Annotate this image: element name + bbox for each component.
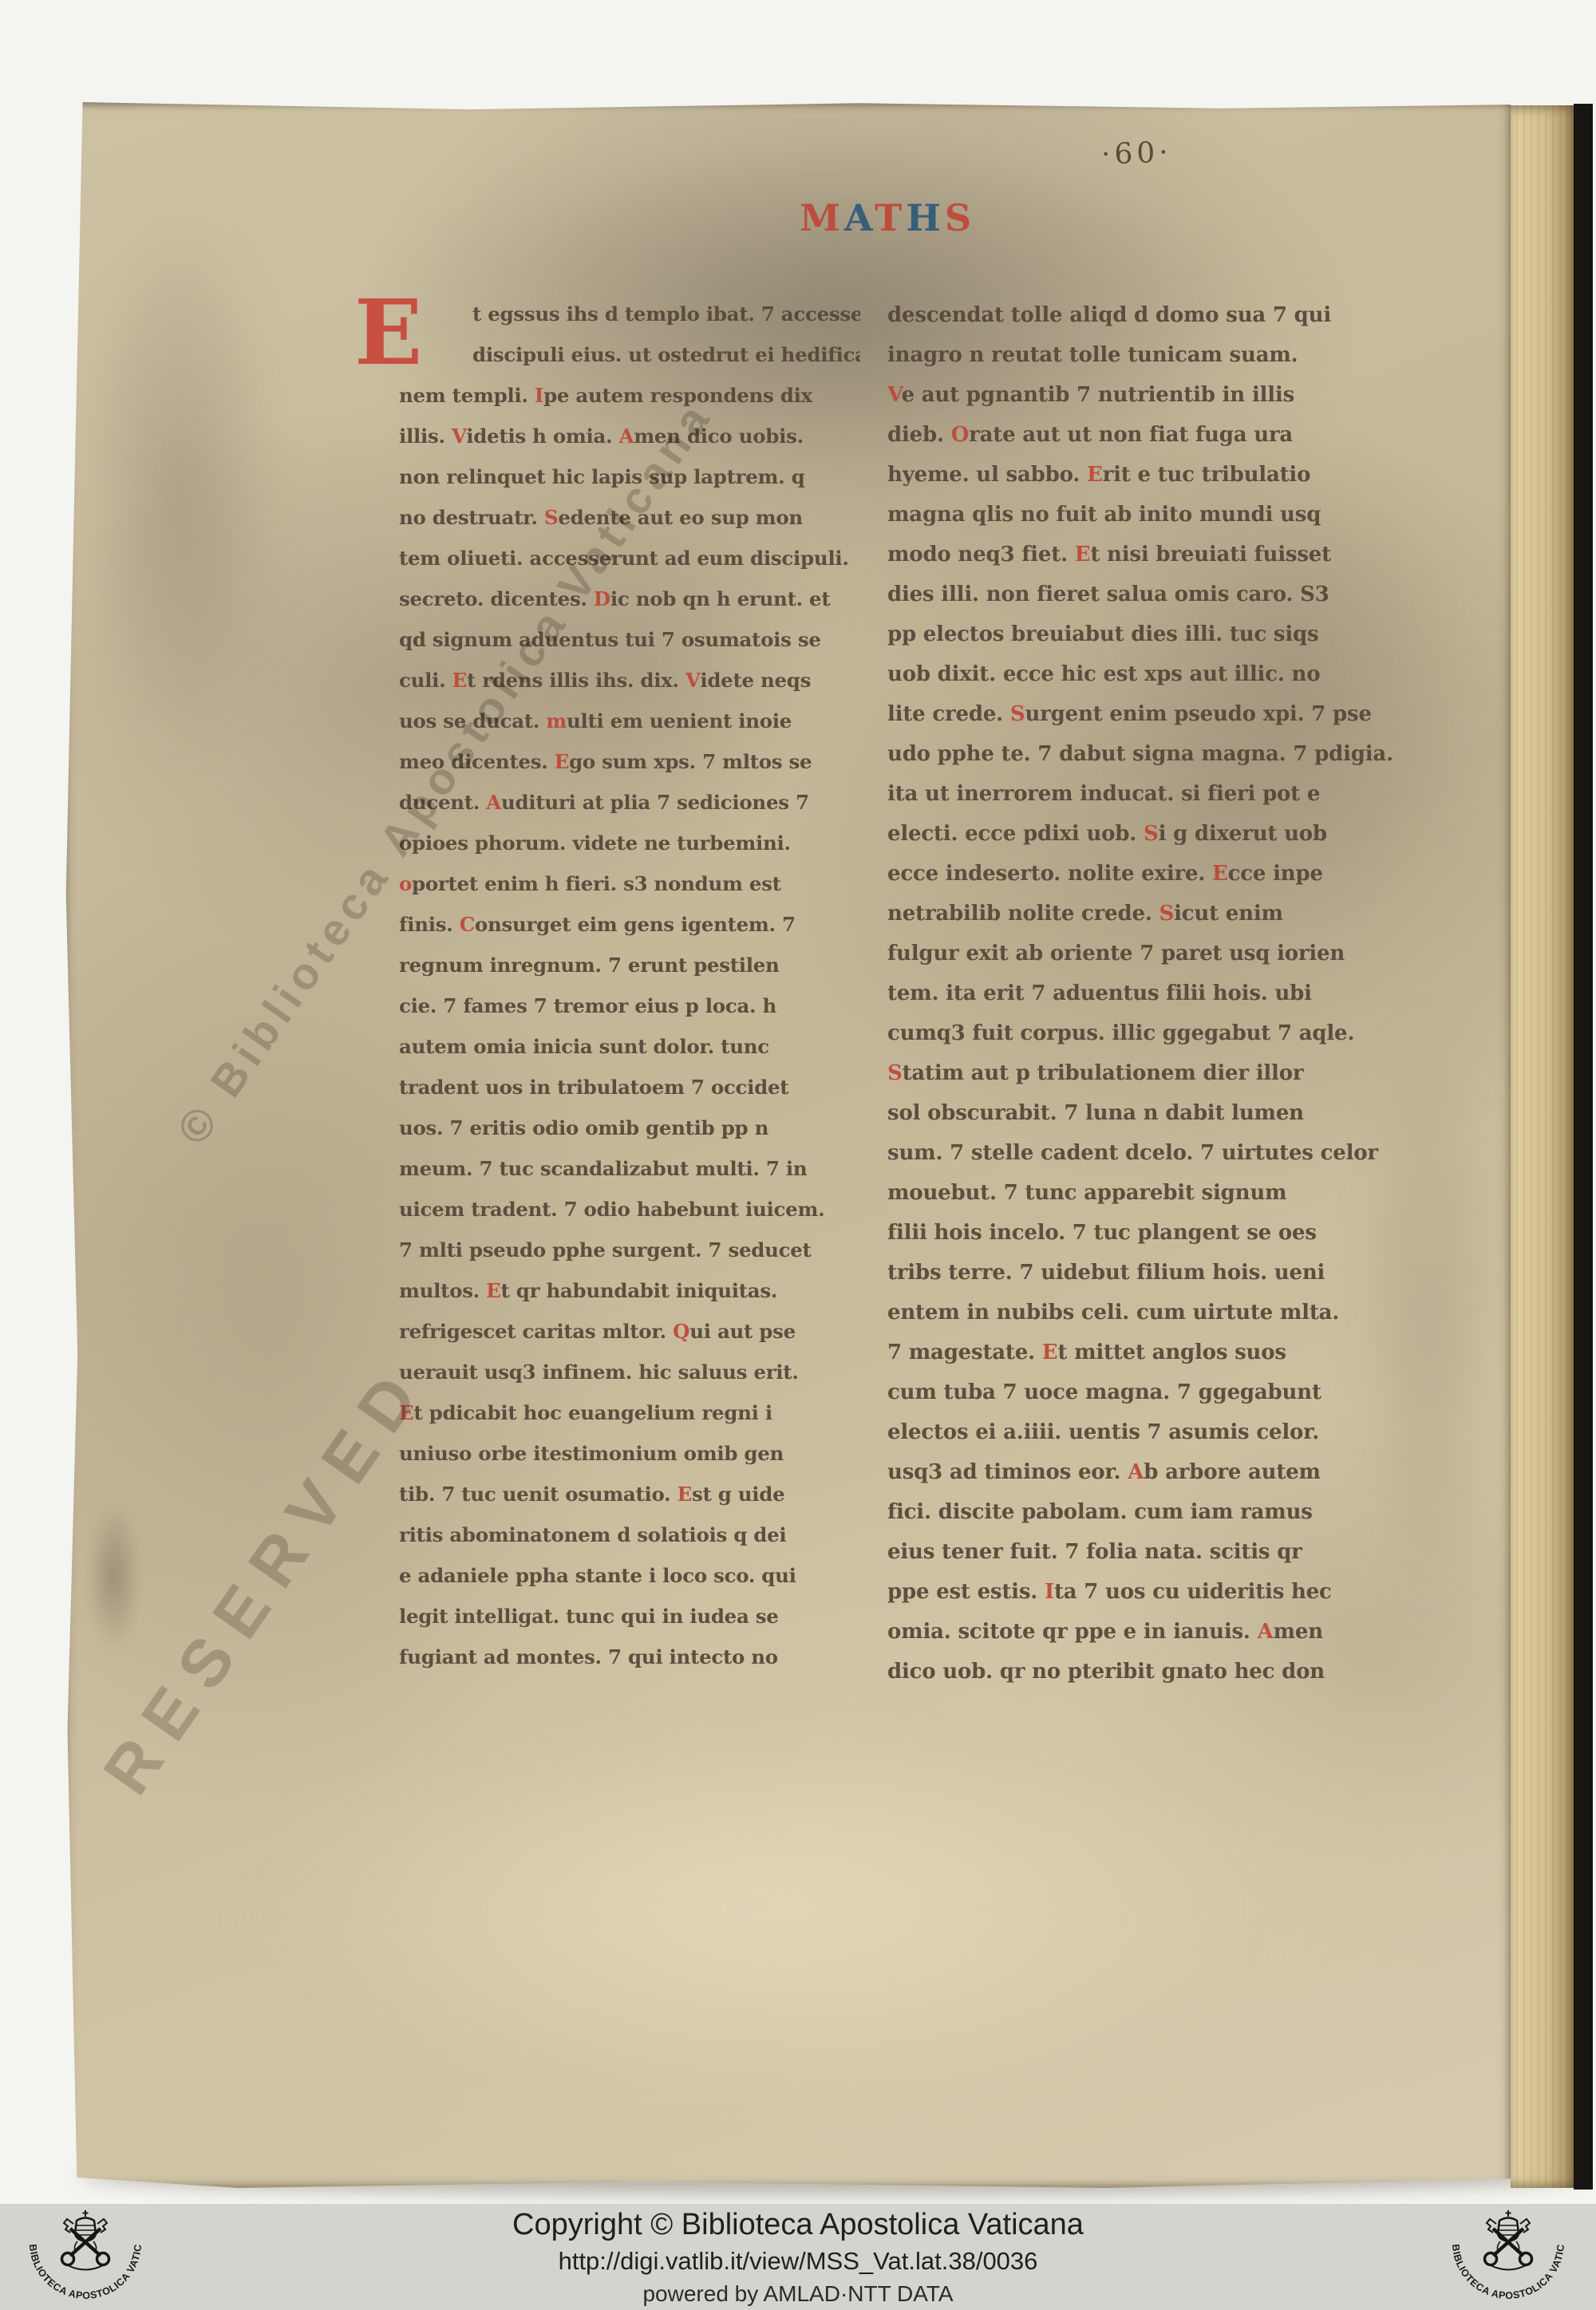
manuscript-line: fici. discite pabolam. cum iam ramus: [887, 1492, 1440, 1532]
manuscript-line: uniuso orbe itestimonium omib gen: [399, 1433, 860, 1474]
stain: [239, 1716, 1277, 2099]
manuscript-line: uerauit usq3 infinem. hic saluus erit.: [399, 1352, 860, 1392]
manuscript-line: tradent uos in tribulatoem 7 occidet: [399, 1067, 860, 1108]
manuscript-line: pp electos breuiabut dies illi. tuc siqs: [887, 614, 1440, 654]
manuscript-line: dico uob. qr no pteribit gnato hec don: [887, 1652, 1440, 1692]
manuscript-line: secreto. dicentes. Dic nob qn h erunt. e…: [399, 578, 860, 619]
manuscript-line: ita ut inerrorem inducat. si fieri pot e: [887, 774, 1440, 814]
binding-gutter: [1574, 104, 1593, 2190]
manuscript-line: discipuli eius. ut ostedrut ei hedificat…: [399, 334, 860, 375]
parchment-page: ·60· MATHS E t egssus ihs d templo ibat.…: [64, 102, 1511, 2188]
manuscript-line: udo pphe te. 7 dabut signa magna. 7 pdig…: [887, 734, 1440, 774]
logo-arc-text: BIBLIOTECA APOSTOLICA VATICANA: [1440, 2206, 1566, 2301]
manuscript-line: hyeme. ul sabbo. Erit e tuc tribulatio: [887, 455, 1440, 495]
manuscript-line: autem omia inicia sunt dolor. tunc: [399, 1026, 860, 1067]
manuscript-line: descendat tolle aliqd d domo sua 7 qui: [887, 295, 1440, 335]
footer-bar: BIBLIOTECA APOSTOLICA VATICANA Copyright…: [0, 2204, 1596, 2310]
manuscript-line: tribs terre. 7 uidebut filium hois. ueni: [887, 1253, 1440, 1293]
manuscript-line: 7 mlti pseudo pphe surgent. 7 seducet: [399, 1230, 860, 1270]
manuscript-line: refrigescet caritas mltor. Qui aut pse: [399, 1311, 860, 1352]
manuscript-line: electos ei a.iiii. uentis 7 asumis celor…: [887, 1412, 1440, 1452]
manuscript-line: eius tener fuit. 7 folia nata. scitis qr: [887, 1532, 1440, 1572]
manuscript-line: legit intelligat. tunc qui in iudea se: [399, 1596, 860, 1637]
manuscript-line: ppe est estis. Ita 7 uos cu uideritis he…: [887, 1572, 1440, 1612]
manuscript-line: netrabilib nolite crede. Sicut enim: [887, 894, 1440, 934]
manuscript-line: tem. ita erit 7 aduentus filii hois. ubi: [887, 973, 1440, 1013]
footer-text: Copyright © Biblioteca Apostolica Vatica…: [0, 2206, 1596, 2308]
stain: [76, 207, 283, 766]
running-title: MATHS: [800, 196, 975, 239]
footer-powered-line: powered by AMLAD·NTT DATA: [0, 2279, 1596, 2308]
page-number: ·60·: [1100, 136, 1172, 171]
manuscript-line: Statim aut p tribulationem dier illor: [887, 1053, 1440, 1093]
manuscript-line: finis. Consurget eim gens igentem. 7: [399, 904, 860, 945]
manuscript-line: inagro n reutat tolle tunicam suam.: [887, 335, 1440, 375]
manuscript-line: electi. ecce pdixi uob. Si g dixerut uob: [887, 814, 1440, 854]
manuscript-line: modo neq3 fiet. Et nisi breuiati fuisset: [887, 535, 1440, 575]
manuscript-line: e adaniele ppha stante i loco sco. qui: [399, 1555, 860, 1596]
manuscript-line: tib. 7 tuc uenit osumatio. Est g uide: [399, 1474, 860, 1514]
manuscript-line: t egssus ihs d templo ibat. 7 accesserut: [399, 294, 860, 334]
manuscript-line: nem templi. Ipe autem respondens dix: [399, 375, 860, 416]
manuscript-line: illis. Videtis h omia. Amen dico uobis.: [399, 416, 860, 456]
manuscript-line: qd signum aduentus tui 7 osumatois se: [399, 619, 860, 660]
manuscript-line: multos. Et qr habundabit iniquitas.: [399, 1270, 860, 1311]
stain: [86, 1500, 142, 1652]
vatican-logo-right: BIBLIOTECA APOSTOLICA VATICANA: [1440, 2206, 1576, 2306]
manuscript-line: fugiant ad montes. 7 qui intecto no: [399, 1637, 860, 1677]
manuscript-line: sol obscurabit. 7 luna n dabit lumen: [887, 1093, 1440, 1133]
manuscript-line: dieb. Orate aut ut non fiat fuga ura: [887, 415, 1440, 455]
crossed-keys-tiara-icon: [1485, 2210, 1532, 2270]
manuscript-line: mouebut. 7 tunc apparebit signum: [887, 1173, 1440, 1213]
manuscript-line: cumq3 fuit corpus. illic ggegabut 7 aqle…: [887, 1013, 1440, 1053]
manuscript-line: opioes phorum. videte ne turbemini.: [399, 823, 860, 863]
manuscript-line: fulgur exit ab oriente 7 paret usq iorie…: [887, 934, 1440, 973]
manuscript-line: ducent. Audituri at plia 7 sediciones 7: [399, 782, 860, 823]
facing-folio-edge: [1511, 105, 1574, 2188]
manuscript-line: cum tuba 7 uoce magna. 7 ggegabunt: [887, 1372, 1440, 1412]
manuscript-line: meum. 7 tuc scandalizabut multi. 7 in: [399, 1148, 860, 1189]
manuscript-line: entem in nubibs celi. cum uirtute mlta.: [887, 1293, 1440, 1333]
manuscript-line: lite crede. Surgent enim pseudo xpi. 7 p…: [887, 694, 1440, 734]
manuscript-line: omia. scitote qr ppe e in ianuis. Amen: [887, 1612, 1440, 1652]
manuscript-line: ritis abominatonem d solatiois q dei: [399, 1514, 860, 1555]
manuscript-line: oportet enim h fieri. s3 nondum est: [399, 863, 860, 904]
manuscript-line: filii hois incelo. 7 tuc plangent se oes: [887, 1213, 1440, 1253]
manuscript-line: sum. 7 stelle cadent dcelo. 7 uirtutes c…: [887, 1133, 1440, 1173]
manuscript-line: uos. 7 eritis odio omib gentib pp n: [399, 1108, 860, 1148]
footer-copyright-line: Copyright © Biblioteca Apostolica Vatica…: [0, 2206, 1596, 2244]
manuscript-line: uicem tradent. 7 odio habebunt iuicem.: [399, 1189, 860, 1230]
manuscript-line: regnum inregnum. 7 erunt pestilen: [399, 945, 860, 985]
manuscript-line: dies illi. non fieret salua omis caro. S…: [887, 575, 1440, 614]
manuscript-line: ecce indeserto. nolite exire. Ecce inpe: [887, 854, 1440, 894]
manuscript-line: Et pdicabit hoc euangelium regni i: [399, 1392, 860, 1433]
manuscript-line: uob dixit. ecce hic est xps aut illic. n…: [887, 654, 1440, 694]
manuscript-line: usq3 ad timinos eor. Ab arbore autem: [887, 1452, 1440, 1492]
watermark-reserved: RESERVED: [88, 1348, 443, 1808]
manuscript-line: magna qlis no fuit ab inito mundi usq: [887, 495, 1440, 535]
footer-url-line: http://digi.vatlib.it/view/MSS_Vat.lat.3…: [0, 2244, 1596, 2279]
manuscript-line: cie. 7 fames 7 tremor eius p loca. h: [399, 985, 860, 1026]
manuscript-scan: ·60· MATHS E t egssus ihs d templo ibat.…: [0, 0, 1596, 2310]
right-column: descendat tolle aliqd d domo sua 7 quiin…: [887, 295, 1440, 1704]
manuscript-line: Ve aut pgnantib 7 nutrientib in illis: [887, 375, 1440, 415]
manuscript-line: 7 magestate. Et mittet anglos suos: [887, 1333, 1440, 1372]
